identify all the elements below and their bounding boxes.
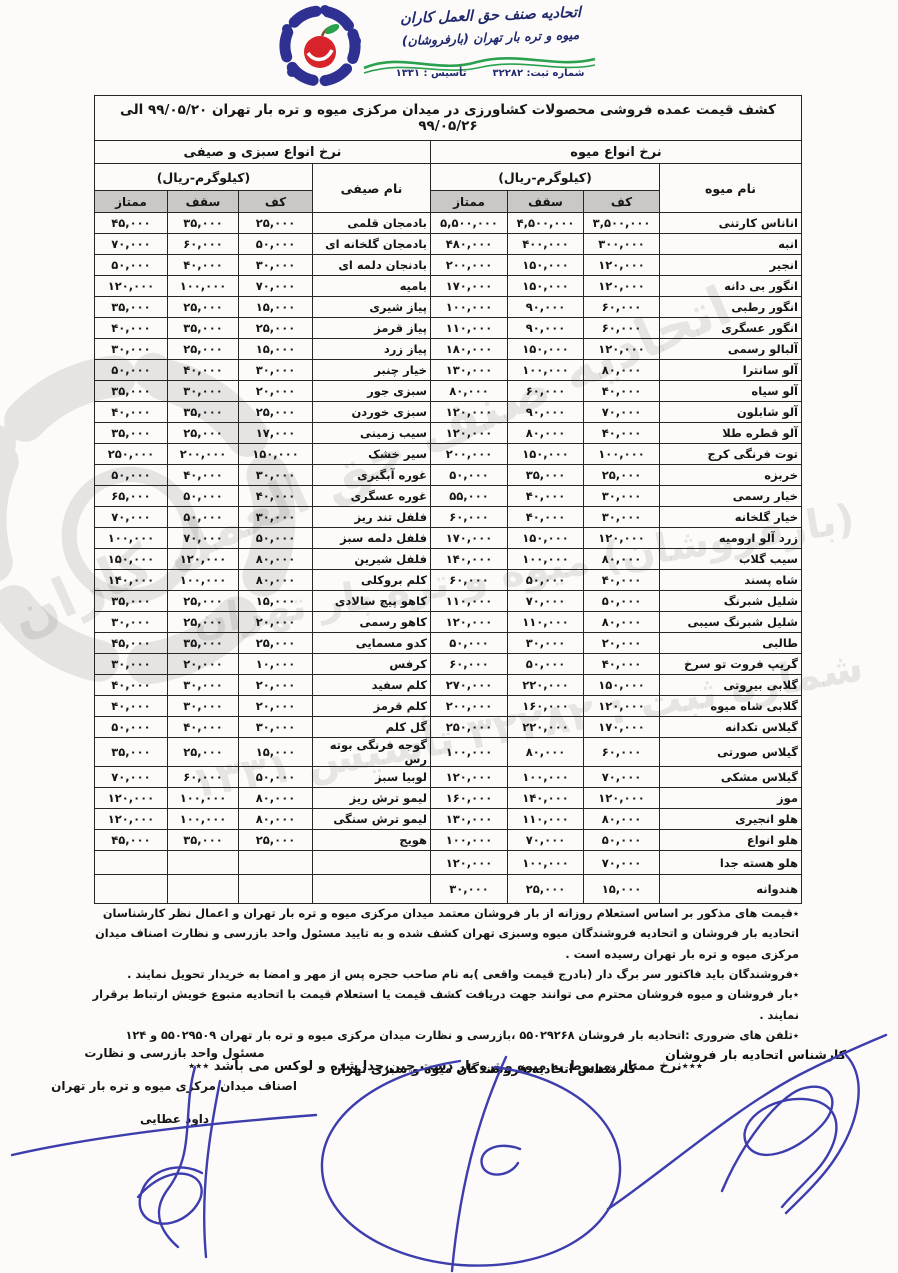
signature-area: کارشناس اتحادیه بار فروشان کارشناس اتحاد… [0, 1035, 898, 1273]
veg-name-cell: سیب زمینی [313, 423, 431, 444]
fruit-floor-cell: ۲۵,۰۰۰ [584, 465, 660, 486]
price-row: آلو سیاه ۴۰,۰۰۰ ۶۰,۰۰۰ ۸۰,۰۰۰ سبزی جور ۲… [94, 381, 801, 402]
fruit-name-cell: انگور رطبی [660, 297, 802, 318]
veg-name-cell: کاهو پیچ سالادی [313, 591, 431, 612]
fruit-premium-cell: ۱۰۰,۰۰۰ [431, 738, 508, 767]
price-row: اناناس کارتنی ۳,۵۰۰,۰۰۰ ۴,۵۰۰,۰۰۰ ۵,۵۰۰,… [94, 213, 801, 234]
org-name-line1: اتحادیه صنف حق العمل کاران [388, 4, 593, 27]
veg-floor-cell: ۲۰,۰۰۰ [239, 675, 313, 696]
fruit-premium-cell: ۵۰,۰۰۰ [431, 465, 508, 486]
veg-name-cell: کدو مسمایی [313, 633, 431, 654]
fruit-ceiling-cell: ۷۰,۰۰۰ [508, 830, 584, 851]
fruit-floor-cell: ۷۰,۰۰۰ [584, 767, 660, 788]
fruit-premium-cell: ۵۰,۰۰۰ [431, 633, 508, 654]
veg-floor-cell: ۲۰,۰۰۰ [239, 381, 313, 402]
veg-premium-cell: ۵۰,۰۰۰ [94, 360, 167, 381]
veg-premium-cell: ۷۰,۰۰۰ [94, 507, 167, 528]
veg-floor-cell: ۲۵,۰۰۰ [239, 633, 313, 654]
fruit-floor-cell: ۸۰,۰۰۰ [584, 612, 660, 633]
fruit-premium-cell: ۱۶۰,۰۰۰ [431, 788, 508, 809]
veg-name-cell: فلفل تند ریز [313, 507, 431, 528]
fruit-floor-cell: ۶۰,۰۰۰ [584, 738, 660, 767]
price-row: موز ۱۲۰,۰۰۰ ۱۴۰,۰۰۰ ۱۶۰,۰۰۰ لیمو ترش ریز… [94, 788, 801, 809]
fruit-name-cell: شاه پسند [660, 570, 802, 591]
veg-floor-cell: ۱۵۰,۰۰۰ [239, 444, 313, 465]
fruit-ceiling-cell: ۴,۵۰۰,۰۰۰ [508, 213, 584, 234]
inspection-officer-title: مسئول واحد بازرسی و نظارت [52, 1037, 297, 1070]
expert-union-sellers-label: کارشناس اتحادیه فروشندگان میوه و سبزی ته… [331, 1061, 636, 1076]
fruit-ceiling-cell: ۹۰,۰۰۰ [508, 402, 584, 423]
veg-name-cell: غوره عسگری [313, 486, 431, 507]
fruit-name-cell: هلو انواع [660, 830, 802, 851]
veg-floor-cell: ۱۵,۰۰۰ [239, 591, 313, 612]
veg-floor-cell: ۸۰,۰۰۰ [239, 809, 313, 830]
veg-floor-cell: ۲۵,۰۰۰ [239, 830, 313, 851]
org-name-line2: (بارفروشان) میوه و تره بار تهران [388, 26, 593, 48]
veg-name-cell: کاهو رسمی [313, 612, 431, 633]
fruit-floor-cell: ۵۰,۰۰۰ [584, 591, 660, 612]
veg-floor-cell: ۲۰,۰۰۰ [239, 696, 313, 717]
veg-ceiling-cell: ۴۰,۰۰۰ [168, 360, 239, 381]
fruit-ceiling-cell: ۲۲۰,۰۰۰ [508, 675, 584, 696]
fruit-ceiling-cell: ۱۰۰,۰۰۰ [508, 767, 584, 788]
veg-floor-cell: ۸۰,۰۰۰ [239, 788, 313, 809]
veg-name-column-header: نام صیفی [313, 164, 431, 213]
org-name-block: اتحادیه صنف حق العمل کاران (بارفروشان) م… [388, 8, 593, 45]
union-logo-icon [270, 2, 374, 94]
veg-name-cell: کلم بروکلی [313, 570, 431, 591]
fruit-floor-cell: ۱۲۰,۰۰۰ [584, 276, 660, 297]
fruit-floor-cell: ۷۰,۰۰۰ [584, 402, 660, 423]
veg-ceiling-cell [168, 875, 239, 904]
price-row: هلو انواع ۵۰,۰۰۰ ۷۰,۰۰۰ ۱۰۰,۰۰۰ هویج ۲۵,… [94, 830, 801, 851]
veg-floor-cell: ۱۷,۰۰۰ [239, 423, 313, 444]
footnote-2: ٭فروشندگان باید فاکتور سر برگ دار (بادرج… [92, 965, 799, 985]
fruit-floor-cell: ۱۲۰,۰۰۰ [584, 255, 660, 276]
fruit-premium-cell: ۱۳۰,۰۰۰ [431, 360, 508, 381]
price-row: انجیر ۱۲۰,۰۰۰ ۱۵۰,۰۰۰ ۲۰۰,۰۰۰ بادنجان دل… [94, 255, 801, 276]
price-row: شلیل شبرنگ ۵۰,۰۰۰ ۷۰,۰۰۰ ۱۱۰,۰۰۰ کاهو پی… [94, 591, 801, 612]
fruit-floor-cell: ۳۰,۰۰۰ [584, 486, 660, 507]
veg-floor-cell: ۲۵,۰۰۰ [239, 213, 313, 234]
veg-ceiling-cell: ۱۰۰,۰۰۰ [168, 276, 239, 297]
veg-ceiling-cell: ۵۰,۰۰۰ [168, 507, 239, 528]
fruit-ceiling-cell: ۱۱۰,۰۰۰ [508, 612, 584, 633]
fruit-premium-cell: ۶۰,۰۰۰ [431, 507, 508, 528]
veg-name-cell: لیمو ترش سنگی [313, 809, 431, 830]
veg-ceiling-cell: ۳۵,۰۰۰ [168, 213, 239, 234]
veg-name-cell: غوره آبگیری [313, 465, 431, 486]
fruit-premium-cell: ۶۰,۰۰۰ [431, 654, 508, 675]
fruit-name-cell: هندوانه [660, 875, 802, 904]
fruit-name-cell: هلو هسته جدا [660, 851, 802, 875]
veg-ceiling-cell: ۵۰,۰۰۰ [168, 486, 239, 507]
veg-premium-cell: ۵۰,۰۰۰ [94, 255, 167, 276]
fruit-floor-cell: ۱۵۰,۰۰۰ [584, 675, 660, 696]
veg-name-cell: گل کلم [313, 717, 431, 738]
fruit-premium-cell: ۱۲۰,۰۰۰ [431, 402, 508, 423]
price-row: خربزه ۲۵,۰۰۰ ۳۵,۰۰۰ ۵۰,۰۰۰ غوره آبگیری ۳… [94, 465, 801, 486]
price-row: آلو شابلون ۷۰,۰۰۰ ۹۰,۰۰۰ ۱۲۰,۰۰۰ سبزی خو… [94, 402, 801, 423]
letterhead: اتحادیه صنف حق العمل کاران (بارفروشان) م… [0, 2, 898, 94]
veg-ceiling-cell: ۶۰,۰۰۰ [168, 234, 239, 255]
fruit-floor-cell: ۱۲۰,۰۰۰ [584, 788, 660, 809]
veg-ceiling-cell: ۳۵,۰۰۰ [168, 402, 239, 423]
veg-name-cell: خیار چنبر [313, 360, 431, 381]
veg-floor-cell: ۸۰,۰۰۰ [239, 570, 313, 591]
veg-name-cell: هویج [313, 830, 431, 851]
fruit-name-cell: انگور بی دانه [660, 276, 802, 297]
veg-floor-cell: ۵۰,۰۰۰ [239, 528, 313, 549]
veg-premium-cell: ۱۵۰,۰۰۰ [94, 549, 167, 570]
fruit-floor-cell: ۲۰,۰۰۰ [584, 633, 660, 654]
veg-name-cell: بامیه [313, 276, 431, 297]
veg-ceiling-cell: ۳۵,۰۰۰ [168, 830, 239, 851]
veg-ceiling-cell: ۶۰,۰۰۰ [168, 767, 239, 788]
veg-ceiling-cell: ۲۵,۰۰۰ [168, 612, 239, 633]
fruit-premium-cell: ۴۸۰,۰۰۰ [431, 234, 508, 255]
veg-floor-cell: ۵۰,۰۰۰ [239, 234, 313, 255]
price-row: هلو هسته جدا ۷۰,۰۰۰ ۱۰۰,۰۰۰ ۱۲۰,۰۰۰ [94, 851, 801, 875]
fruit-ceiling-cell: ۵۰,۰۰۰ [508, 654, 584, 675]
fruit-ceiling-cell: ۹۰,۰۰۰ [508, 297, 584, 318]
unit-header-row: نام میوه (کیلوگرم-ریال) نام صیفی (کیلوگر… [94, 164, 801, 191]
fruit-name-cell: آلبالو رسمی [660, 339, 802, 360]
veg-ceiling-cell: ۳۰,۰۰۰ [168, 696, 239, 717]
inspection-officer-org: اصناف میدان مرکزی میوه و تره بار تهران [52, 1070, 297, 1103]
fruit-ceiling-cell: ۴۰,۰۰۰ [508, 486, 584, 507]
veg-name-cell: لیمو ترش ریز [313, 788, 431, 809]
veg-name-cell: کرفس [313, 654, 431, 675]
fruit-premium-cell: ۱۱۰,۰۰۰ [431, 591, 508, 612]
table-title: کشف قیمت عمده فروشی محصولات کشاورزی در م… [94, 96, 801, 141]
price-table-body: اناناس کارتنی ۳,۵۰۰,۰۰۰ ۴,۵۰۰,۰۰۰ ۵,۵۰۰,… [94, 213, 801, 904]
veg-name-cell [313, 851, 431, 875]
veg-name-cell: بادمجان گلخانه ای [313, 234, 431, 255]
veg-premium-cell: ۳۵,۰۰۰ [94, 591, 167, 612]
veg-ceiling-cell: ۱۰۰,۰۰۰ [168, 809, 239, 830]
veg-floor-cell: ۱۰,۰۰۰ [239, 654, 313, 675]
fruit-name-cell: آلو سیاه [660, 381, 802, 402]
fruit-floor-cell: ۸۰,۰۰۰ [584, 549, 660, 570]
veg-floor-cell: ۵۰,۰۰۰ [239, 767, 313, 788]
veg-floor-cell: ۳۰,۰۰۰ [239, 717, 313, 738]
price-row: توت فرنگی کرج ۱۰۰,۰۰۰ ۱۵۰,۰۰۰ ۲۰۰,۰۰۰ سی… [94, 444, 801, 465]
veg-premium-cell: ۷۰,۰۰۰ [94, 234, 167, 255]
price-row: انگور عسگری ۶۰,۰۰۰ ۹۰,۰۰۰ ۱۱۰,۰۰۰ پیاز ق… [94, 318, 801, 339]
veg-premium-cell: ۴۰,۰۰۰ [94, 696, 167, 717]
fruit-premium-cell: ۲۰۰,۰۰۰ [431, 255, 508, 276]
veg-ceiling-cell: ۲۵,۰۰۰ [168, 423, 239, 444]
veg-premium-cell: ۴۵,۰۰۰ [94, 633, 167, 654]
price-row: شاه پسند ۴۰,۰۰۰ ۵۰,۰۰۰ ۶۰,۰۰۰ کلم بروکلی… [94, 570, 801, 591]
fruit-ceiling-cell: ۴۰,۰۰۰ [508, 507, 584, 528]
fruit-name-cell: هلو انجیری [660, 809, 802, 830]
fruit-floor-cell: ۳۰۰,۰۰۰ [584, 234, 660, 255]
veg-floor-cell: ۳۰,۰۰۰ [239, 507, 313, 528]
fruit-ceiling-cell: ۳۰,۰۰۰ [508, 633, 584, 654]
fruit-premium-header: ممتاز [431, 191, 508, 213]
veg-premium-cell: ۴۰,۰۰۰ [94, 675, 167, 696]
veg-name-cell: پیاز شیری [313, 297, 431, 318]
veg-name-cell: پیاز قرمز [313, 318, 431, 339]
fruit-name-cell: آلو قطره طلا [660, 423, 802, 444]
fruit-floor-cell: ۳,۵۰۰,۰۰۰ [584, 213, 660, 234]
fruit-ceiling-cell: ۶۰,۰۰۰ [508, 381, 584, 402]
veg-name-cell: کلم سفید [313, 675, 431, 696]
fruit-floor-cell: ۱۷۰,۰۰۰ [584, 717, 660, 738]
veg-premium-cell: ۱۲۰,۰۰۰ [94, 788, 167, 809]
fruit-name-cell: انجیر [660, 255, 802, 276]
veg-premium-cell: ۳۰,۰۰۰ [94, 612, 167, 633]
price-row: گلابی بیروتی ۱۵۰,۰۰۰ ۲۲۰,۰۰۰ ۲۷۰,۰۰۰ کلم… [94, 675, 801, 696]
fruit-premium-cell: ۲۰۰,۰۰۰ [431, 696, 508, 717]
veg-unit-label: (کیلوگرم-ریال) [94, 164, 312, 191]
veg-premium-cell: ۱۰۰,۰۰۰ [94, 528, 167, 549]
price-row: خیار رسمی ۳۰,۰۰۰ ۴۰,۰۰۰ ۵۵,۰۰۰ غوره عسگر… [94, 486, 801, 507]
fruit-premium-cell: ۸۰,۰۰۰ [431, 381, 508, 402]
fruit-floor-cell: ۱۲۰,۰۰۰ [584, 339, 660, 360]
veg-floor-cell [239, 875, 313, 904]
veg-floor-cell: ۱۵,۰۰۰ [239, 297, 313, 318]
fruit-floor-cell: ۸۰,۰۰۰ [584, 809, 660, 830]
veg-premium-cell: ۴۵,۰۰۰ [94, 213, 167, 234]
fruit-name-cell: شلیل شبرنگ سیبی [660, 612, 802, 633]
veg-premium-cell: ۴۵,۰۰۰ [94, 830, 167, 851]
signature-middle-ink [310, 1053, 630, 1273]
veg-name-cell: فلفل دلمه سبز [313, 528, 431, 549]
veg-ceiling-header: سقف [168, 191, 239, 213]
price-row: انبه ۳۰۰,۰۰۰ ۴۰۰,۰۰۰ ۴۸۰,۰۰۰ بادمجان گلخ… [94, 234, 801, 255]
veg-premium-cell: ۴۰,۰۰۰ [94, 318, 167, 339]
veg-name-cell: سبزی جور [313, 381, 431, 402]
price-row: شلیل شبرنگ سیبی ۸۰,۰۰۰ ۱۱۰,۰۰۰ ۱۲۰,۰۰۰ ک… [94, 612, 801, 633]
veg-floor-cell: ۲۵,۰۰۰ [239, 402, 313, 423]
fruit-floor-cell: ۶۰,۰۰۰ [584, 318, 660, 339]
veg-premium-cell: ۳۰,۰۰۰ [94, 339, 167, 360]
fruit-ceiling-cell: ۱۵۰,۰۰۰ [508, 444, 584, 465]
fruit-ceiling-cell: ۱۶۰,۰۰۰ [508, 696, 584, 717]
fruit-premium-cell: ۵,۵۰۰,۰۰۰ [431, 213, 508, 234]
fruit-name-cell: طالبی [660, 633, 802, 654]
veg-premium-header: ممتاز [94, 191, 167, 213]
veg-floor-cell: ۸۰,۰۰۰ [239, 549, 313, 570]
veg-name-cell: سبزی خوردن [313, 402, 431, 423]
fruit-name-cell: خیار گلخانه [660, 507, 802, 528]
fruit-ceiling-cell: ۸۰,۰۰۰ [508, 423, 584, 444]
fruit-premium-cell: ۱۰۰,۰۰۰ [431, 297, 508, 318]
veg-premium-cell: ۳۵,۰۰۰ [94, 423, 167, 444]
price-row: انگور بی دانه ۱۲۰,۰۰۰ ۱۵۰,۰۰۰ ۱۷۰,۰۰۰ با… [94, 276, 801, 297]
veg-name-cell: فلفل شیرین [313, 549, 431, 570]
fruit-ceiling-cell: ۱۵۰,۰۰۰ [508, 255, 584, 276]
veg-ceiling-cell: ۲۰۰,۰۰۰ [168, 444, 239, 465]
fruit-premium-cell: ۱۴۰,۰۰۰ [431, 549, 508, 570]
veg-ceiling-cell: ۲۵,۰۰۰ [168, 738, 239, 767]
veg-ceiling-cell: ۳۵,۰۰۰ [168, 633, 239, 654]
fruit-premium-cell: ۱۸۰,۰۰۰ [431, 339, 508, 360]
fruit-name-cell: شلیل شبرنگ [660, 591, 802, 612]
fruit-floor-cell: ۷۰,۰۰۰ [584, 851, 660, 875]
fruit-unit-label: (کیلوگرم-ریال) [431, 164, 660, 191]
veg-premium-cell: ۲۵۰,۰۰۰ [94, 444, 167, 465]
veg-floor-cell: ۳۰,۰۰۰ [239, 360, 313, 381]
footnote-3: ٭بار فروشان و میوه فروشان محترم می توانن… [92, 985, 799, 1026]
veg-name-cell: گوجه فرنگی بوته رس [313, 738, 431, 767]
veg-name-cell [313, 875, 431, 904]
fruit-ceiling-cell: ۵۰,۰۰۰ [508, 570, 584, 591]
fruit-name-cell: زرد آلو ارومیه [660, 528, 802, 549]
fruit-ceiling-cell: ۳۵,۰۰۰ [508, 465, 584, 486]
fruit-name-cell: گلابی بیروتی [660, 675, 802, 696]
veg-floor-cell: ۲۵,۰۰۰ [239, 318, 313, 339]
veg-name-cell: پیاز زرد [313, 339, 431, 360]
fruit-floor-cell: ۱۲۰,۰۰۰ [584, 696, 660, 717]
veg-name-cell: بادنجان دلمه ای [313, 255, 431, 276]
veg-premium-cell: ۶۵,۰۰۰ [94, 486, 167, 507]
fruit-name-cell: موز [660, 788, 802, 809]
fruit-name-cell: خیار رسمی [660, 486, 802, 507]
price-row: گلابی شاه میوه ۱۲۰,۰۰۰ ۱۶۰,۰۰۰ ۲۰۰,۰۰۰ ک… [94, 696, 801, 717]
veg-name-cell: سیر خشک [313, 444, 431, 465]
scanned-price-sheet: اتحادیه صنف حق العمل کاران (بارفروشان) م… [0, 0, 898, 1273]
veg-premium-cell: ۳۵,۰۰۰ [94, 381, 167, 402]
veg-floor-cell: ۷۰,۰۰۰ [239, 276, 313, 297]
price-row: گیلاس صورتی ۶۰,۰۰۰ ۸۰,۰۰۰ ۱۰۰,۰۰۰ گوجه ف… [94, 738, 801, 767]
veg-premium-cell: ۷۰,۰۰۰ [94, 767, 167, 788]
fruit-ceiling-cell: ۱۰۰,۰۰۰ [508, 851, 584, 875]
fruit-ceiling-cell: ۲۲۰,۰۰۰ [508, 717, 584, 738]
fruit-name-cell: خربزه [660, 465, 802, 486]
fruit-section-header: نرخ انواع میوه [431, 141, 802, 164]
veg-ceiling-cell: ۲۵,۰۰۰ [168, 297, 239, 318]
veg-premium-cell: ۴۰,۰۰۰ [94, 402, 167, 423]
veg-ceiling-cell: ۳۵,۰۰۰ [168, 318, 239, 339]
fruit-floor-cell: ۶۰,۰۰۰ [584, 297, 660, 318]
fruit-name-cell: آلو شابلون [660, 402, 802, 423]
veg-ceiling-cell [168, 851, 239, 875]
veg-floor-cell: ۳۰,۰۰۰ [239, 465, 313, 486]
veg-premium-cell [94, 851, 167, 875]
veg-premium-cell: ۱۴۰,۰۰۰ [94, 570, 167, 591]
veg-ceiling-cell: ۴۰,۰۰۰ [168, 465, 239, 486]
veg-name-cell: بادمجان قلمی [313, 213, 431, 234]
price-row: آلو قطره طلا ۴۰,۰۰۰ ۸۰,۰۰۰ ۱۲۰,۰۰۰ سیب ز… [94, 423, 801, 444]
fruit-name-cell: گریپ فروت تو سرخ [660, 654, 802, 675]
veg-ceiling-cell: ۲۵,۰۰۰ [168, 339, 239, 360]
veg-floor-cell [239, 851, 313, 875]
price-row: هندوانه ۱۵,۰۰۰ ۲۵,۰۰۰ ۳۰,۰۰۰ [94, 875, 801, 904]
veg-premium-cell: ۵۰,۰۰۰ [94, 717, 167, 738]
fruit-name-cell: توت فرنگی کرج [660, 444, 802, 465]
price-row: گیلاس تکدانه ۱۷۰,۰۰۰ ۲۲۰,۰۰۰ ۲۵۰,۰۰۰ گل … [94, 717, 801, 738]
veg-floor-cell: ۴۰,۰۰۰ [239, 486, 313, 507]
fruit-name-cell: گیلاس مشکی [660, 767, 802, 788]
fruit-name-cell: آلو سانترا [660, 360, 802, 381]
veg-ceiling-cell: ۷۰,۰۰۰ [168, 528, 239, 549]
section-header-row: نرخ انواع میوه نرخ انواع سبزی و صیفی [94, 141, 801, 164]
veg-ceiling-cell: ۲۰,۰۰۰ [168, 654, 239, 675]
fruit-name-column-header: نام میوه [660, 164, 802, 213]
price-row: گریپ فروت تو سرخ ۴۰,۰۰۰ ۵۰,۰۰۰ ۶۰,۰۰۰ کر… [94, 654, 801, 675]
fruit-name-cell: گلابی شاه میوه [660, 696, 802, 717]
veg-premium-cell: ۵۰,۰۰۰ [94, 465, 167, 486]
fruit-floor-cell: ۱۵,۰۰۰ [584, 875, 660, 904]
price-table: کشف قیمت عمده فروشی محصولات کشاورزی در م… [94, 95, 802, 904]
price-row: طالبی ۲۰,۰۰۰ ۳۰,۰۰۰ ۵۰,۰۰۰ کدو مسمایی ۲۵… [94, 633, 801, 654]
fruit-name-cell: سیب گلاب [660, 549, 802, 570]
veg-name-cell: لوبیا سبز [313, 767, 431, 788]
fruit-ceiling-cell: ۷۰,۰۰۰ [508, 591, 584, 612]
price-row: هلو انجیری ۸۰,۰۰۰ ۱۱۰,۰۰۰ ۱۳۰,۰۰۰ لیمو ت… [94, 809, 801, 830]
price-row: زرد آلو ارومیه ۱۲۰,۰۰۰ ۱۵۰,۰۰۰ ۱۷۰,۰۰۰ ف… [94, 528, 801, 549]
veg-floor-cell: ۲۰,۰۰۰ [239, 612, 313, 633]
fruit-floor-cell: ۴۰,۰۰۰ [584, 654, 660, 675]
veg-premium-cell: ۳۵,۰۰۰ [94, 297, 167, 318]
fruit-premium-cell: ۶۰,۰۰۰ [431, 570, 508, 591]
fruit-premium-cell: ۱۲۰,۰۰۰ [431, 612, 508, 633]
veg-ceiling-cell: ۱۰۰,۰۰۰ [168, 570, 239, 591]
veg-premium-cell: ۱۲۰,۰۰۰ [94, 809, 167, 830]
price-row: سیب گلاب ۸۰,۰۰۰ ۱۰۰,۰۰۰ ۱۴۰,۰۰۰ فلفل شیر… [94, 549, 801, 570]
inspection-officer-block: مسئول واحد بازرسی و نظارت اصناف میدان مر… [52, 1037, 297, 1136]
fruit-name-cell: گیلاس صورتی [660, 738, 802, 767]
veg-section-header: نرخ انواع سبزی و صیفی [94, 141, 430, 164]
veg-ceiling-cell: ۳۰,۰۰۰ [168, 675, 239, 696]
fruit-ceiling-cell: ۲۵,۰۰۰ [508, 875, 584, 904]
fruit-floor-cell: ۳۰,۰۰۰ [584, 507, 660, 528]
fruit-floor-cell: ۴۰,۰۰۰ [584, 570, 660, 591]
fruit-floor-cell: ۱۲۰,۰۰۰ [584, 528, 660, 549]
veg-ceiling-cell: ۲۵,۰۰۰ [168, 591, 239, 612]
veg-ceiling-cell: ۱۰۰,۰۰۰ [168, 788, 239, 809]
fruit-premium-cell: ۱۲۰,۰۰۰ [431, 423, 508, 444]
fruit-floor-cell: ۵۰,۰۰۰ [584, 830, 660, 851]
fruit-name-cell: اناناس کارتنی [660, 213, 802, 234]
fruit-name-cell: انبه [660, 234, 802, 255]
price-row: انگور رطبی ۶۰,۰۰۰ ۹۰,۰۰۰ ۱۰۰,۰۰۰ پیاز شی… [94, 297, 801, 318]
fruit-floor-cell: ۱۰۰,۰۰۰ [584, 444, 660, 465]
expert-union-porters-label: کارشناس اتحادیه بار فروشان [665, 1047, 846, 1062]
veg-floor-cell: ۱۵,۰۰۰ [239, 738, 313, 767]
fruit-ceiling-header: سقف [508, 191, 584, 213]
establishment-year: تأسیس : ۱۳۳۱ [396, 68, 467, 79]
fruit-ceiling-cell: ۱۱۰,۰۰۰ [508, 809, 584, 830]
veg-name-cell: کلم قرمز [313, 696, 431, 717]
footnote-1: ٭قیمت های مذکور بر اساس استعلام روزانه ا… [92, 904, 799, 965]
fruit-name-cell: گیلاس تکدانه [660, 717, 802, 738]
fruit-premium-cell: ۱۲۰,۰۰۰ [431, 767, 508, 788]
veg-floor-cell: ۳۰,۰۰۰ [239, 255, 313, 276]
fruit-ceiling-cell: ۱۰۰,۰۰۰ [508, 360, 584, 381]
fruit-floor-cell: ۸۰,۰۰۰ [584, 360, 660, 381]
veg-ceiling-cell: ۴۰,۰۰۰ [168, 717, 239, 738]
fruit-premium-cell: ۲۷۰,۰۰۰ [431, 675, 508, 696]
price-row: خیار گلخانه ۳۰,۰۰۰ ۴۰,۰۰۰ ۶۰,۰۰۰ فلفل تن… [94, 507, 801, 528]
veg-floor-header: کف [239, 191, 313, 213]
fruit-premium-cell: ۵۵,۰۰۰ [431, 486, 508, 507]
table-title-row: کشف قیمت عمده فروشی محصولات کشاورزی در م… [94, 96, 801, 141]
veg-premium-cell: ۳۰,۰۰۰ [94, 654, 167, 675]
fruit-name-cell: انگور عسگری [660, 318, 802, 339]
fruit-premium-cell: ۱۷۰,۰۰۰ [431, 528, 508, 549]
veg-premium-cell [94, 875, 167, 904]
registration-number: شماره ثبت: ۳۲۲۸۲ [493, 68, 585, 79]
fruit-ceiling-cell: ۴۰۰,۰۰۰ [508, 234, 584, 255]
veg-premium-cell: ۱۲۰,۰۰۰ [94, 276, 167, 297]
veg-ceiling-cell: ۴۰,۰۰۰ [168, 255, 239, 276]
fruit-ceiling-cell: ۱۰۰,۰۰۰ [508, 549, 584, 570]
